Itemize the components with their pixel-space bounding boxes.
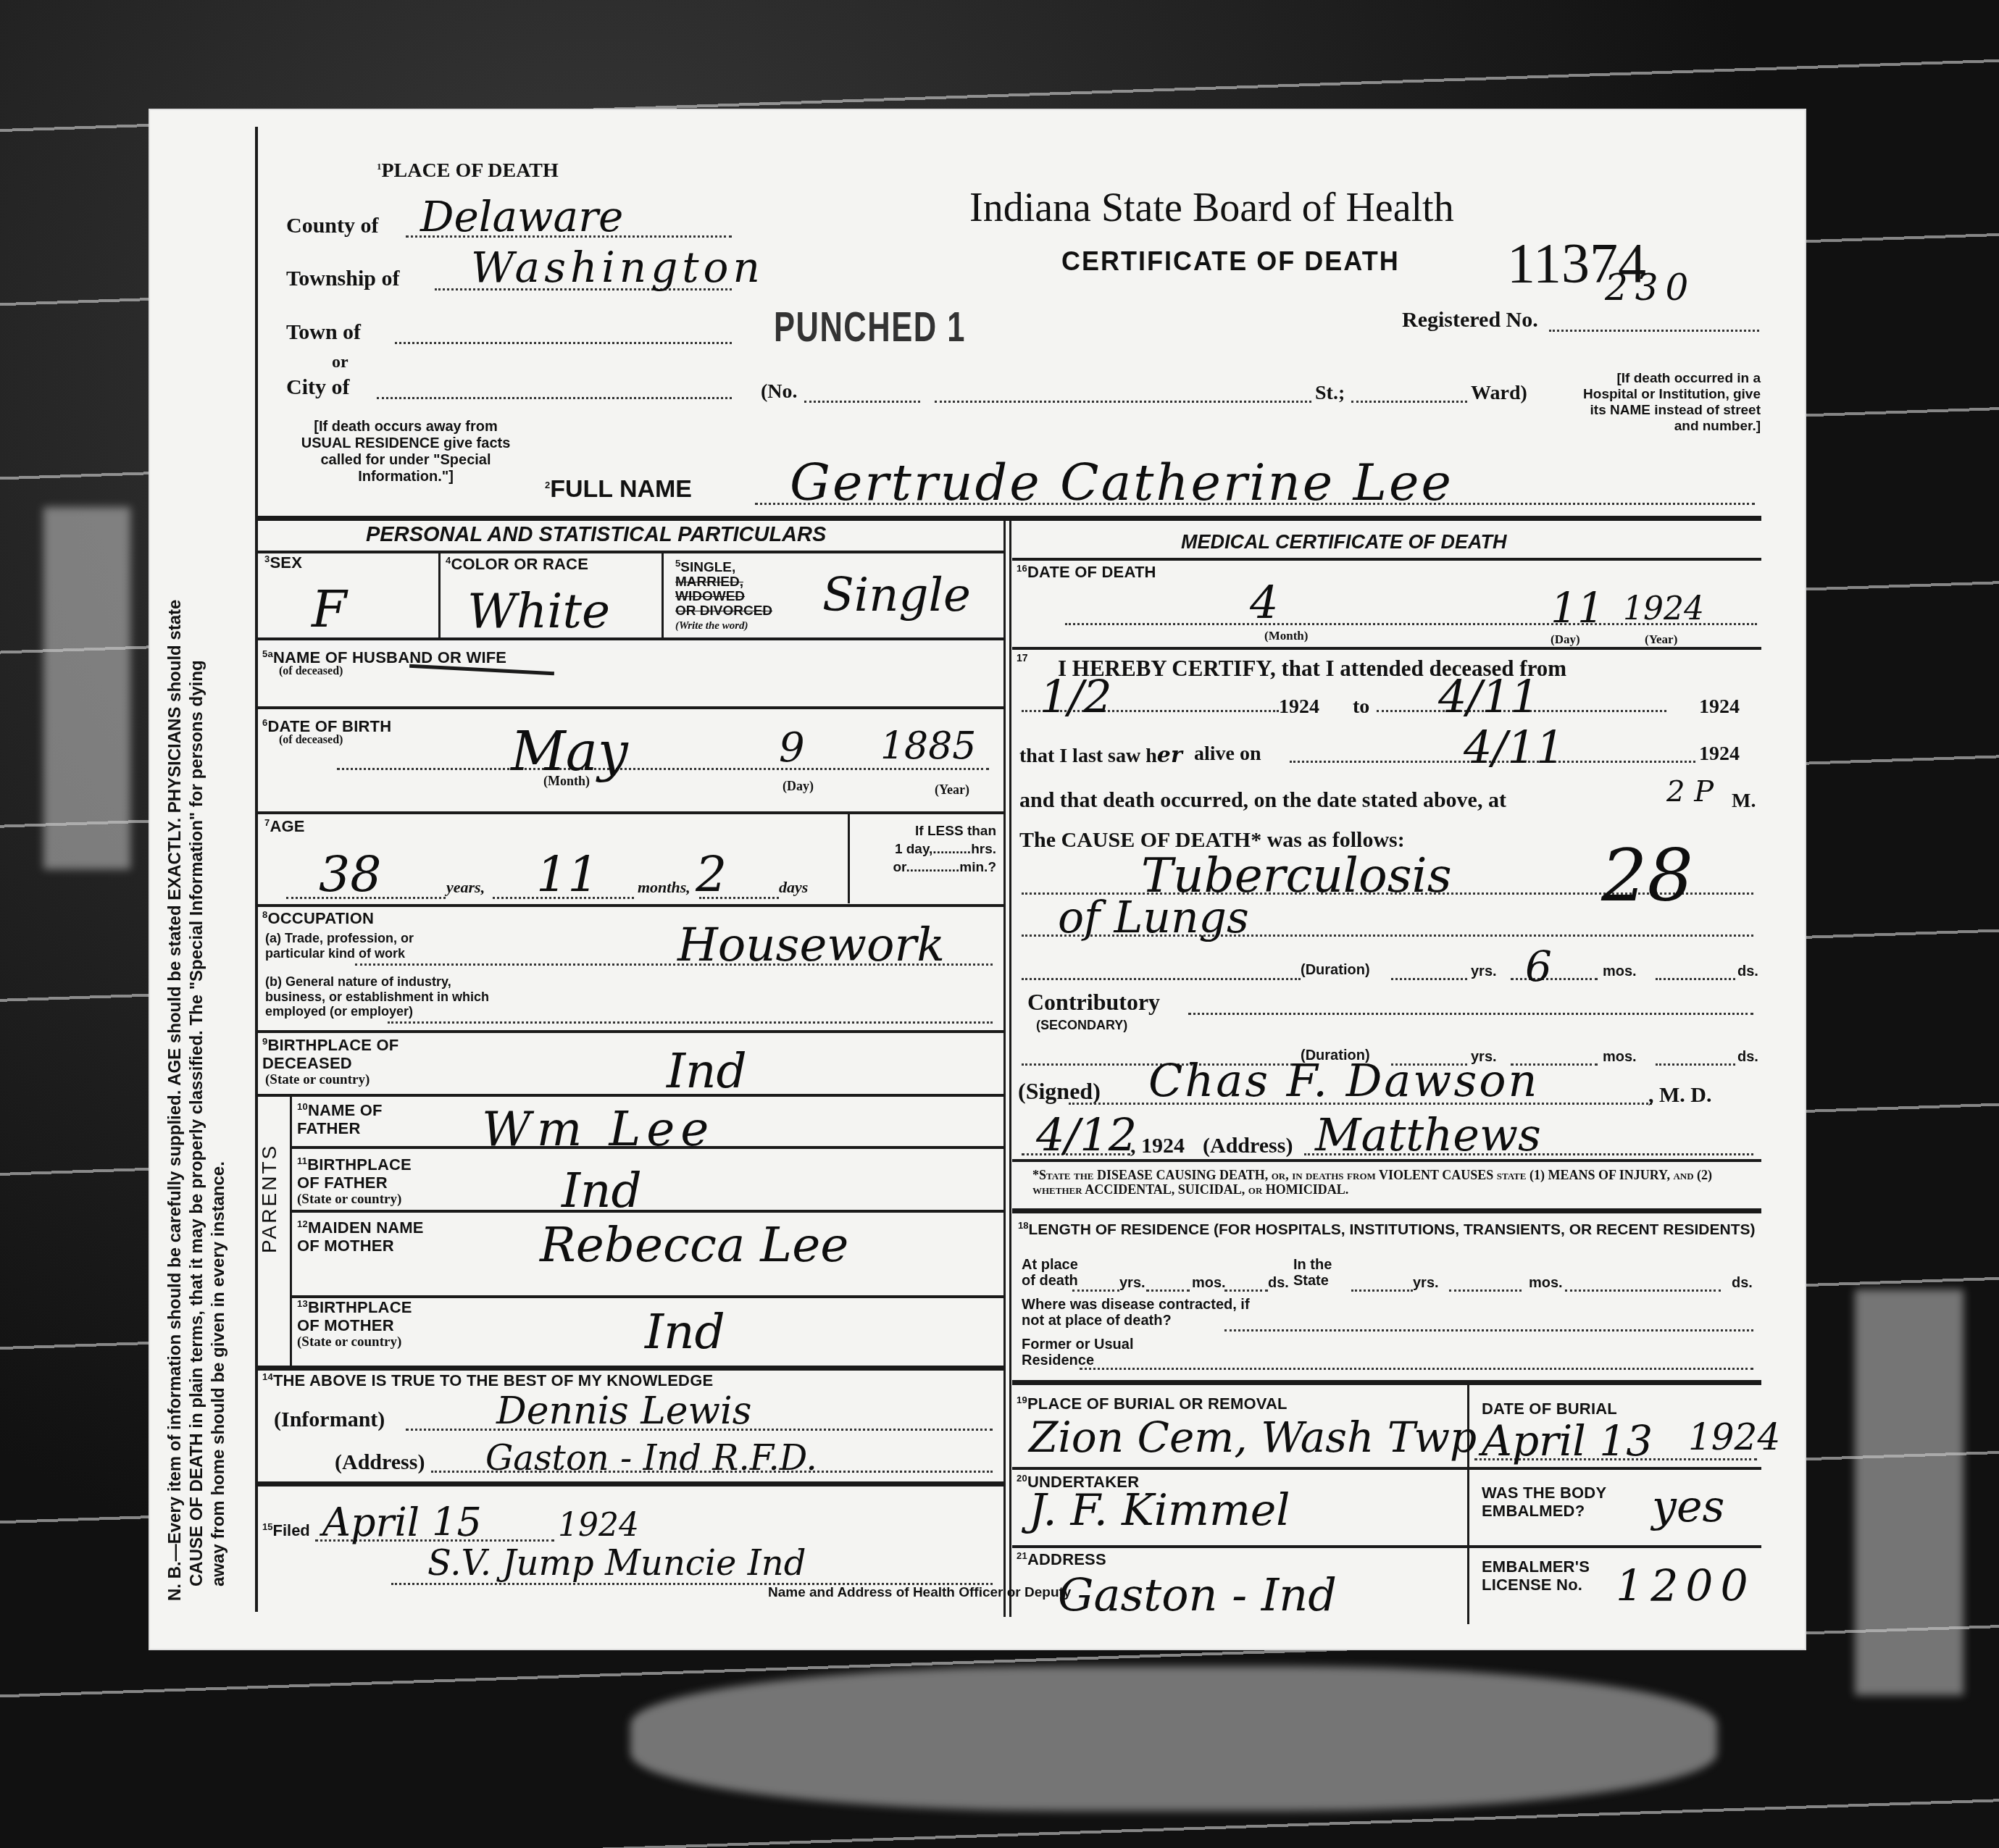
ward-label: Ward) [1471, 382, 1527, 405]
certifier-address-value: Matthews [1315, 1108, 1541, 1161]
at-place-mos-field[interactable] [1146, 1289, 1190, 1292]
death-occurred-label: and that death occurred, on the date sta… [1019, 788, 1506, 813]
age-days-value: 2 [696, 846, 727, 903]
contracted-field[interactable] [1224, 1329, 1753, 1331]
mother-name-label: 12MAIDEN NAME OF MOTHER [297, 1218, 442, 1255]
death-time-suffix: M. [1732, 790, 1756, 813]
form-title: CERTIFICATE OF DEATH [1061, 246, 1400, 277]
side-note-line2: CAUSE OF DEATH in plain terms, that it m… [187, 660, 207, 1586]
birthplace-sub-label: (State or country) [265, 1072, 370, 1088]
town-field[interactable] [395, 342, 732, 344]
row-rule [1012, 1159, 1761, 1162]
duration-label: (Duration) [1301, 962, 1370, 979]
burial-date-value: April 13 [1482, 1416, 1653, 1466]
marital-options: 5SINGLE, MARRIED, WIDOWED OR DIVORCED (W… [675, 556, 772, 633]
alive-on-label: alive on [1194, 743, 1261, 766]
color-value: White [467, 583, 610, 639]
occupation-a-value: Housework [677, 919, 945, 972]
dob-label: 6DATE OF BIRTH [262, 717, 391, 735]
cause-value-2: of Lungs [1058, 892, 1249, 943]
row-rule [1012, 647, 1761, 650]
occupation-b-label: (b) General nature of industry, business… [265, 974, 504, 1019]
background-stain [1855, 1289, 1963, 1695]
in-state-mos-field[interactable] [1449, 1289, 1522, 1292]
father-birthplace-sub-label: (State or country) [297, 1192, 401, 1208]
burial-place-label: 19PLACE OF BURIAL OR REMOVAL [1017, 1395, 1288, 1413]
age-label: 7AGE [264, 817, 305, 835]
dob-sub-label: (of deceased) [279, 734, 343, 747]
last-saw-year: 1924 [1699, 743, 1740, 766]
filed-year-value: 1924 [558, 1507, 639, 1544]
center-divider [1009, 516, 1011, 1617]
former-residence-field[interactable] [1080, 1368, 1753, 1370]
birthplace-label: 9BIRTHPLACE OF DECEASED [262, 1036, 436, 1073]
birthplace-value: Ind [667, 1043, 747, 1099]
county-label: County of [286, 214, 379, 238]
row-rule [258, 706, 1004, 709]
center-divider [1003, 516, 1006, 1617]
registered-no-field [1549, 330, 1759, 332]
residence-label: 18LENGTH OF RESIDENCE (FOR HOSPITALS, IN… [1018, 1217, 1757, 1239]
date-of-death-day-caption: (Day) [1551, 632, 1580, 647]
undertaker-address-value: Gaston - Ind [1058, 1568, 1337, 1621]
attended-from-date: 1/2 [1040, 670, 1112, 723]
sex-divider [438, 552, 441, 637]
color-divider [662, 552, 664, 637]
license-value: 1200 [1616, 1561, 1756, 1612]
background-stain [630, 1666, 1717, 1811]
in-state-mos-label: mos. [1529, 1275, 1563, 1292]
row-rule [291, 1210, 1004, 1213]
at-place-yrs-label: yrs. [1119, 1275, 1145, 1292]
in-state-label: In the State [1293, 1257, 1359, 1289]
license-label: EMBALMER'S LICENSE No. [1482, 1558, 1612, 1594]
medical-rule-bottom [1012, 558, 1761, 561]
city-field[interactable] [377, 397, 732, 399]
side-note-line3: away from home should be given in every … [209, 1161, 229, 1586]
attended-from-year: 1924 [1279, 695, 1319, 719]
street-field[interactable] [935, 401, 1311, 403]
date-of-death-day: 11 [1551, 583, 1604, 632]
town-label: Town of [286, 320, 361, 345]
occupation-a-label: (a) Trade, profession, or particular kin… [265, 931, 475, 961]
side-note-line1: N. B.—Every item of information should b… [165, 600, 185, 1601]
punched-stamp: PUNCHED 1 [774, 303, 966, 351]
undertaker-value: J. F. Kimmel [1029, 1485, 1290, 1536]
full-name-value: Gertrude Catherine Lee [790, 453, 1453, 512]
filed-date-value: April 15 [322, 1500, 482, 1545]
age-days-label: days [779, 878, 808, 897]
health-officer-caption: Name and Address of Health Officer or De… [768, 1585, 1071, 1601]
in-state-yrs-label: yrs. [1413, 1275, 1439, 1292]
row-rule [258, 1094, 1004, 1097]
color-label: 4COLOR OR RACE [446, 555, 588, 573]
away-from-residence-note: [If death occurs away from USUAL RESIDEN… [290, 419, 522, 485]
certifier-address-label: (Address) [1203, 1134, 1293, 1158]
age-months-value: 11 [536, 846, 599, 903]
street-label: St.; [1315, 382, 1345, 405]
in-state-yrs-field[interactable] [1351, 1289, 1413, 1292]
row-rule [258, 904, 1004, 907]
undertaker-address-label: 21ADDRESS [1017, 1550, 1106, 1568]
contributory-label: Contributory [1027, 989, 1160, 1016]
in-state-ds-label: ds. [1732, 1275, 1753, 1292]
health-officer-signature: S.V. Jump Muncie Ind [427, 1543, 806, 1584]
row-rule [258, 1030, 1004, 1033]
informant-statement: 14THE ABOVE IS TRUE TO THE BEST OF MY KN… [262, 1371, 713, 1389]
duration2-mos-label: mos. [1603, 1049, 1637, 1066]
embalmed-label: WAS THE BODY EMBALMED? [1482, 1484, 1627, 1521]
row-rule [1012, 1380, 1761, 1385]
less-than-divider [848, 813, 850, 903]
at-place-mos-label: mos. [1192, 1275, 1226, 1292]
attended-to-date: 4/11 [1438, 670, 1539, 723]
date-of-death-year: 1924 [1623, 590, 1704, 627]
background-stain [43, 507, 130, 869]
row-rule [1012, 1545, 1761, 1548]
signed-value: Chas F. Dawson [1148, 1054, 1539, 1107]
contracted-label: Where was disease contracted, if not at … [1022, 1297, 1261, 1329]
township-label: Township of [286, 267, 399, 291]
at-place-ds-label: ds. [1268, 1275, 1289, 1292]
row-rule [258, 637, 1004, 640]
father-birthplace-label: 11BIRTHPLACE OF FATHER [297, 1155, 413, 1192]
city-label: City of [286, 375, 349, 400]
burial-date-label: DATE OF BURIAL [1482, 1400, 1617, 1418]
duration2-ds-label: ds. [1737, 1049, 1758, 1066]
occupation-label: 8OCCUPATION [262, 909, 374, 927]
county-value: Delaware [420, 192, 623, 241]
place-of-death-label: 1PLACE OF DEATH [377, 159, 559, 183]
mother-birthplace-sub-label: (State or country) [297, 1334, 401, 1350]
full-name-label: 2FULL NAME [545, 475, 692, 503]
parents-divider [290, 1095, 292, 1367]
contributory-field[interactable] [1188, 1013, 1753, 1015]
informant-label: (Informant) [274, 1408, 385, 1432]
attended-to-label: to [1353, 695, 1369, 719]
duration-mos-field [1511, 978, 1598, 980]
spouse-sub-label: (of deceased) [279, 665, 343, 678]
former-residence-label: Former or Usual Residence [1022, 1337, 1138, 1368]
sex-value: F [312, 580, 347, 639]
medical-section-title: MEDICAL CERTIFICATE OF DEATH [1181, 531, 1507, 553]
duration-ds-label: ds. [1737, 963, 1758, 980]
last-saw-label: that I last saw her [1019, 743, 1182, 768]
mother-birthplace-value: Ind [645, 1304, 725, 1360]
row-rule [258, 811, 1004, 814]
township-value: Washington [471, 243, 764, 292]
duration2-ds-field[interactable] [1656, 1063, 1735, 1066]
registered-no-label: Registered No. [1402, 308, 1538, 333]
attended-to-year: 1924 [1699, 695, 1740, 719]
sign-date-value: 4/12 [1036, 1108, 1137, 1161]
sex-label: 3SEX [264, 553, 302, 572]
last-saw-date: 4/11 [1464, 721, 1564, 774]
street-no-field[interactable] [804, 401, 920, 403]
row-rule [1012, 1467, 1761, 1470]
date-of-death-label: 16DATE OF DEATH [1017, 563, 1156, 581]
duration-ds-field [1656, 978, 1735, 980]
in-state-ds-field[interactable] [1565, 1289, 1721, 1292]
row-rule [1012, 1208, 1761, 1213]
dob-month-caption: (Month) [543, 774, 590, 789]
age-years-label: years, [446, 878, 485, 897]
age-months-label: months, [638, 878, 690, 897]
death-time-value: 2 P [1666, 775, 1714, 808]
street-no-label: (No. [761, 380, 798, 404]
burial-place-value: Zion Cem, Wash Twp [1029, 1413, 1477, 1462]
father-name-label: 10NAME OF FATHER [297, 1101, 406, 1138]
contributory-sub-label: (SECONDARY) [1036, 1018, 1127, 1033]
date-of-death-month-caption: (Month) [1264, 629, 1308, 643]
dob-year-caption: (Year) [935, 782, 969, 798]
age-years-value: 38 [319, 846, 382, 903]
or-label: or [332, 353, 349, 372]
at-place-label: At place of death [1022, 1257, 1087, 1289]
mother-birthplace-label: 13BIRTHPLACE OF MOTHER [297, 1298, 420, 1335]
sign-year-value: , 1924 [1130, 1134, 1185, 1158]
agency-title: Indiana State Board of Health [969, 185, 1454, 231]
filed-label: 15Filed [262, 1521, 310, 1540]
embalmed-value: yes [1652, 1481, 1724, 1532]
informant-value: Dennis Lewis [496, 1389, 751, 1433]
ward-field[interactable] [1351, 401, 1467, 403]
certificate-number-handwritten: 230 [1605, 267, 1695, 309]
dob-year-value: 1885 [880, 724, 976, 768]
at-place-ds-field[interactable] [1224, 1289, 1268, 1292]
marital-value: Single [822, 569, 971, 622]
dob-day-value: 9 [779, 724, 805, 772]
margin-rule [255, 127, 258, 1612]
certify-num: 17 [1017, 652, 1028, 664]
row-rule [258, 1366, 1004, 1371]
md-label: , M. D. [1648, 1083, 1711, 1108]
spouse-label: 5aNAME OF HUSBAND OR WIFE [262, 648, 506, 666]
dob-field [337, 768, 989, 770]
row-rule [291, 1146, 1004, 1149]
row-rule [258, 1481, 1004, 1487]
hospital-note: [If death occurred in a Hospital or Inst… [1565, 371, 1761, 434]
personal-section-title: PERSONAL AND STATISTICAL PARTICULARS [366, 523, 826, 547]
duration-mos-value: 6 [1525, 942, 1552, 991]
informant-address-value: Gaston - Ind R.F.D. [485, 1438, 817, 1479]
dob-day-caption: (Day) [783, 779, 814, 794]
parents-label: PARENTS [259, 1144, 280, 1253]
date-of-death-year-caption: (Year) [1645, 632, 1677, 647]
signed-label: (Signed) [1018, 1078, 1101, 1105]
occupation-b-field[interactable] [388, 1021, 993, 1024]
duration-yrs-label: yrs. [1471, 963, 1497, 980]
informant-address-label: (Address) [335, 1450, 425, 1475]
date-of-death-month: 4 [1250, 576, 1278, 629]
cause-number: 28 [1601, 833, 1693, 918]
section-rule-bottom [258, 551, 1004, 553]
duration-mos-label: mos. [1603, 963, 1637, 980]
mother-name-value: Rebecca Lee [540, 1217, 848, 1273]
less-than-note: If LESS than 1 day,..........hrs. or....… [859, 822, 996, 877]
duration-yrs-field [1391, 978, 1467, 980]
duration-pre-field [1022, 978, 1301, 980]
burial-date-year: 1924 [1688, 1416, 1780, 1458]
cause-footnote: *State the DISEASE CAUSING DEATH, or, in… [1032, 1168, 1750, 1197]
at-place-yrs-field[interactable] [1072, 1289, 1119, 1292]
